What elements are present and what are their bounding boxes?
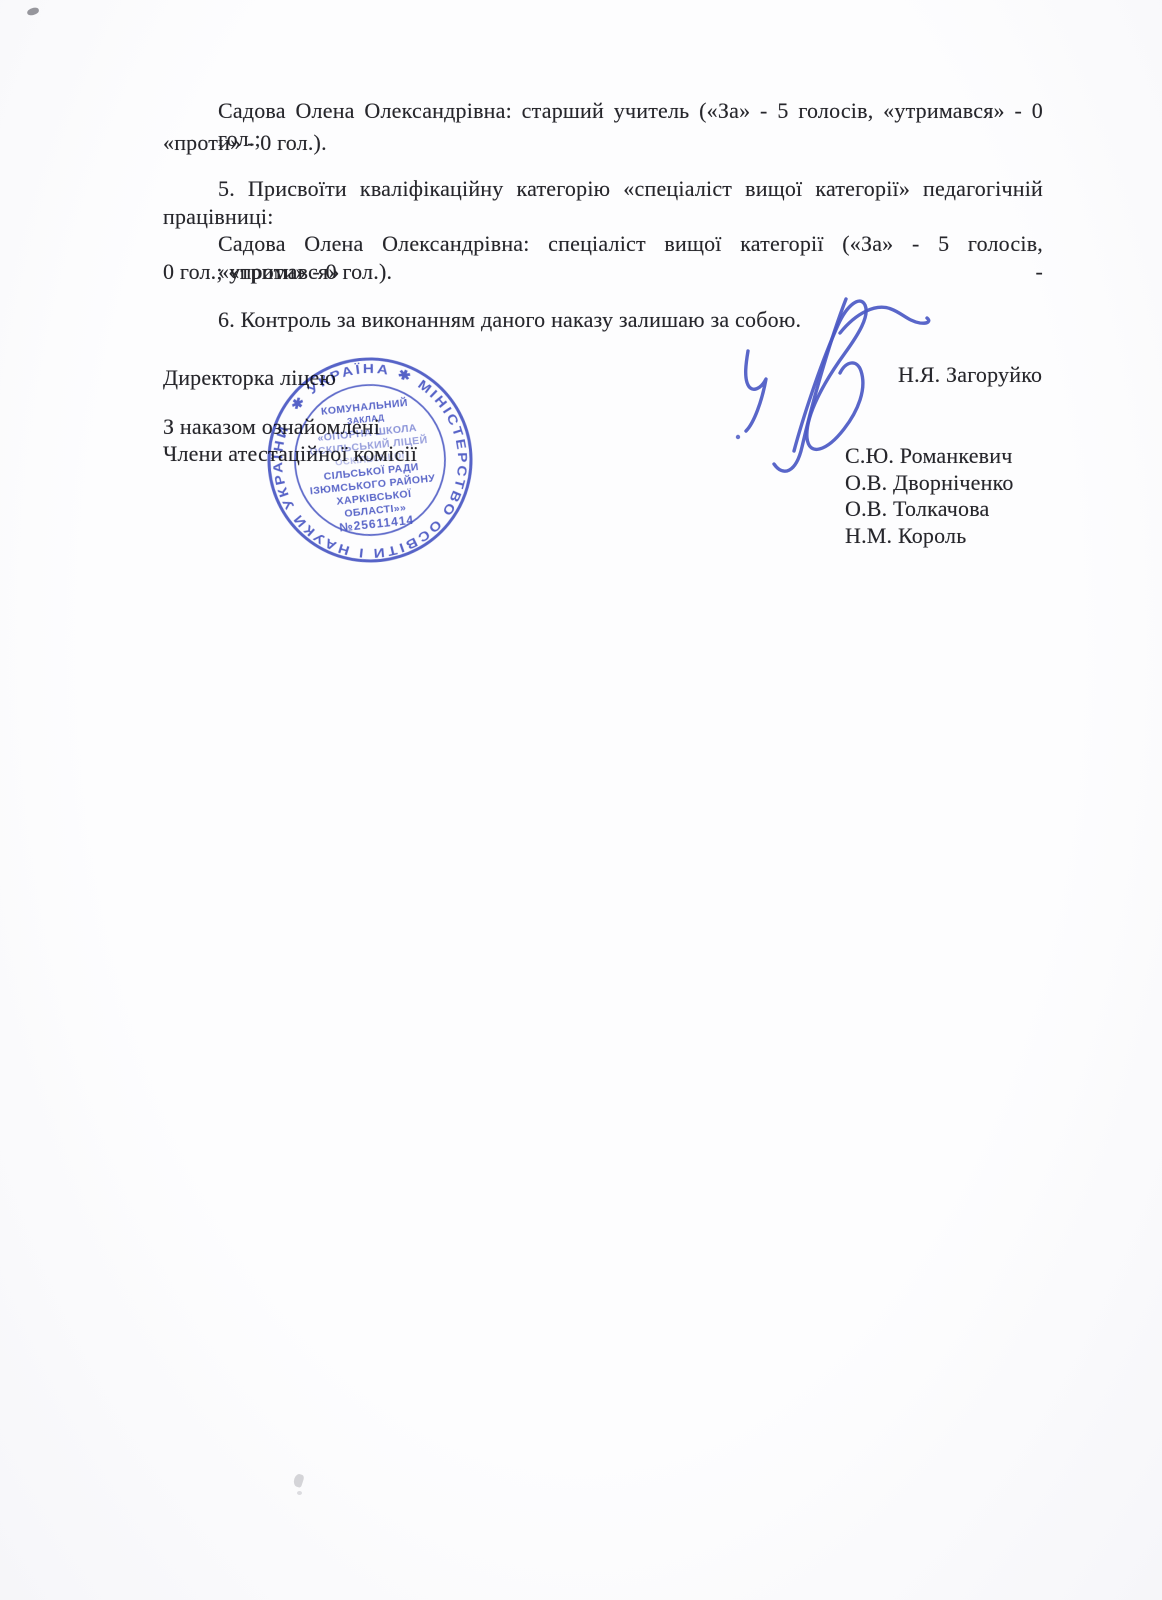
official-stamp: ✱ УКРАЇНА ✱ МІНІСТЕРСТВО ОСВІТИ І НАУКИ … bbox=[251, 341, 488, 578]
para5-line4: 0 гол.; «проти» - 0 гол.). bbox=[163, 258, 1043, 286]
scan-speck-bottom bbox=[292, 1473, 305, 1488]
scan-speck-bottom-dot bbox=[297, 1491, 302, 1495]
scanned-document-page: Садова Олена Олександрівна: старший учит… bbox=[0, 0, 1162, 1600]
para5-line2: працівниці: bbox=[163, 203, 1043, 231]
signer-name: О.В. Толкачова bbox=[845, 495, 1105, 523]
handwritten-signature bbox=[728, 283, 940, 473]
signature-stroke-left bbox=[746, 351, 766, 431]
scan-speck-top-left bbox=[26, 7, 39, 16]
para5-line1: 5. Присвоїти кваліфікаційну категорію «с… bbox=[218, 175, 1043, 203]
para1-line2: «проти» - 0 гол.). bbox=[163, 129, 1043, 157]
signature-stroke-tail bbox=[840, 307, 929, 333]
signer-name: Н.М. Король bbox=[845, 522, 1105, 550]
signer-name: О.В. Дворніченко bbox=[845, 469, 1105, 497]
signature-dot bbox=[736, 435, 740, 439]
